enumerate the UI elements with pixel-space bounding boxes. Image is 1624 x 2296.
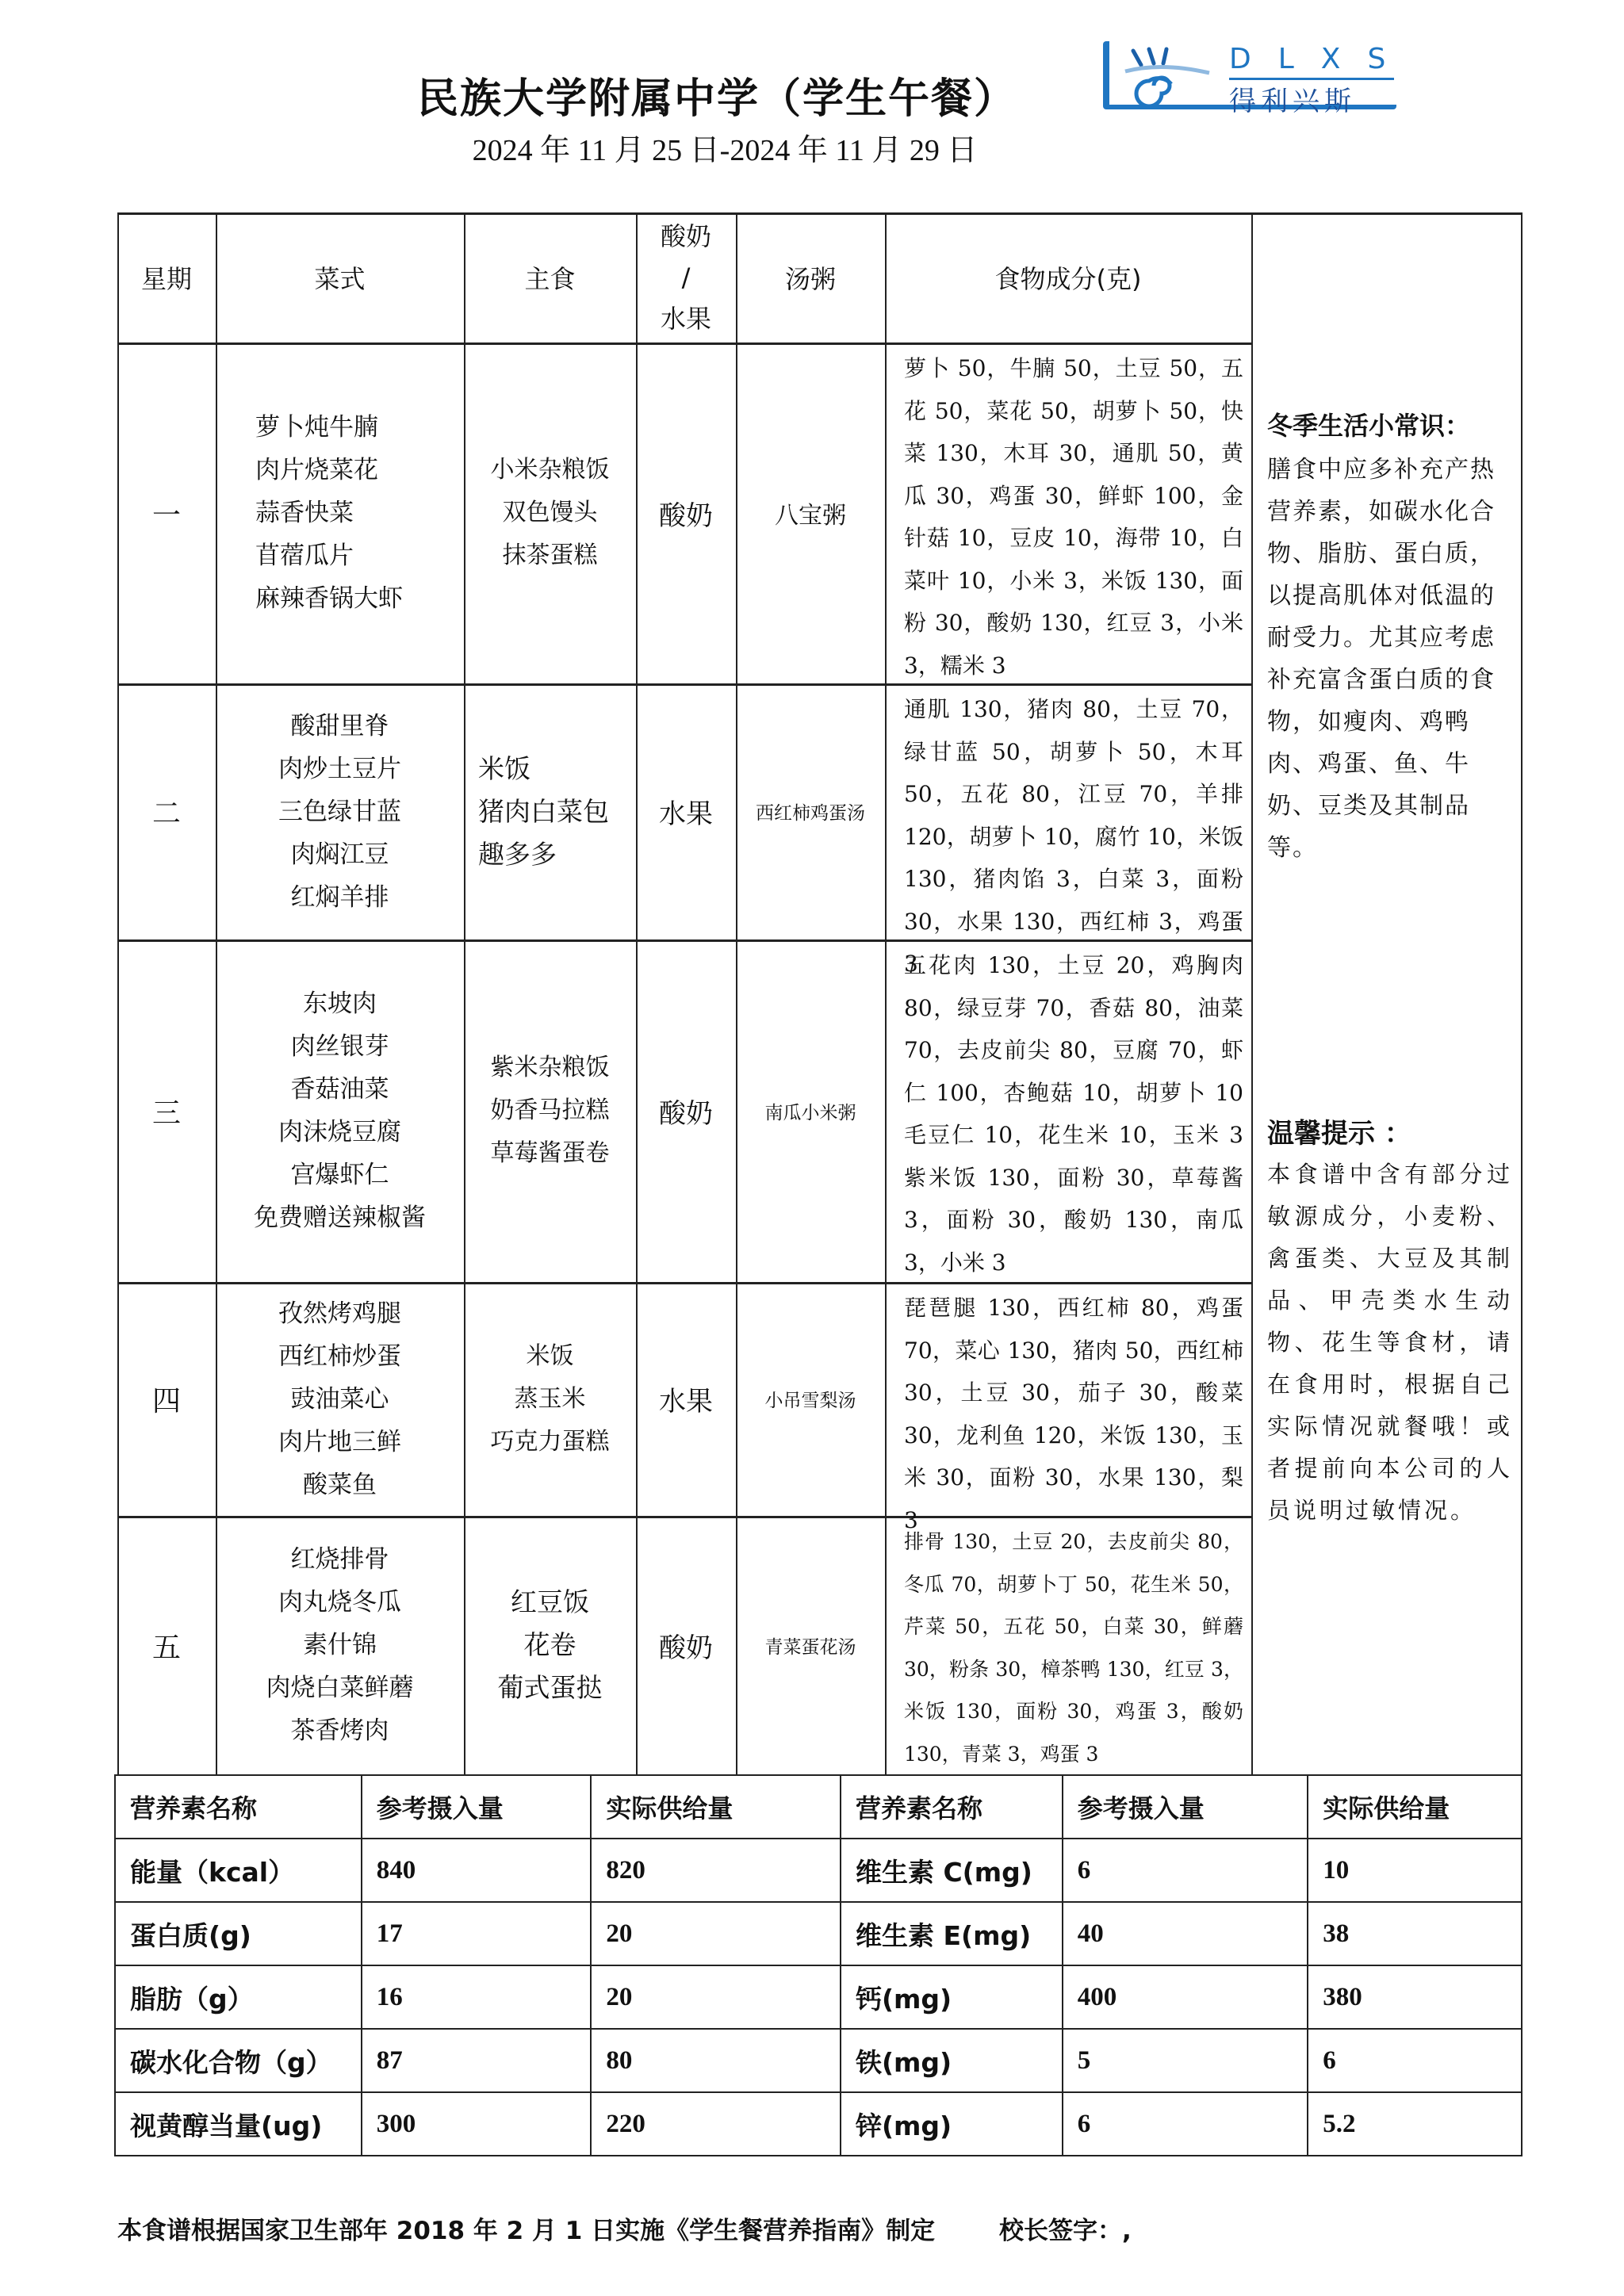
dish-item: 肉片地三鲜 (278, 1421, 401, 1464)
winter-tips-title: 冬季生活小常识： (1267, 406, 1513, 442)
row-day-tue: 二 (117, 683, 216, 939)
dish-item: 孜然烤鸡腿 (278, 1292, 401, 1335)
row-staple-mon: 小米杂粮饭 双色馒头 抹茶蛋糕 (464, 342, 636, 683)
row-dishes-thu: 孜然烤鸡腿 西红柿炒蛋 豉油菜心 肉片地三鲜 酸菜鱼 (216, 1282, 464, 1516)
row-soup-tue: 西红柿鸡蛋汤 (736, 683, 885, 939)
row-ingredients-thu: 琵琶腿 130，西红柿 80，鸡蛋 70，菜心 130，猪肉 50，西红柿 30… (885, 1282, 1251, 1516)
dish-item: 蒜香快菜 (255, 492, 354, 534)
footer-note: 本食谱根据国家卫生部年 2018 年 2 月 1 日实施《学生餐营养指南》制定 … (117, 2210, 1132, 2246)
nutrition-row: 碳水化合物（g） 87 80 铁(mg) 5 6 (115, 2029, 1522, 2092)
dish-item: 三色绿甘蓝 (278, 790, 401, 833)
row-drink-wed: 酸奶 (636, 939, 736, 1282)
date-range: 2024 年 11 月 25 日-2024 年 11 月 29 日 (0, 125, 1624, 169)
dish-item: 东坡肉 (303, 982, 377, 1025)
row-staple-tue: 米饭 猪肉白菜包 趣多多 (464, 683, 636, 939)
col-header-staple: 主食 (464, 212, 636, 342)
dish-item: 苜蓿瓜片 (255, 534, 354, 577)
dish-item: 豉油菜心 (291, 1378, 389, 1421)
row-ingredients-fri: 排骨 130，土豆 20，去皮前尖 80，冬瓜 70，胡萝卜丁 50，花生米 5… (885, 1516, 1251, 1774)
principal-signature-label: 校长签字：, (999, 2217, 1132, 2245)
eye-swirl-icon (1122, 44, 1217, 105)
logo-latin-text: DLXS (1229, 43, 1412, 75)
dish-item: 肉炒土豆片 (278, 748, 401, 790)
dish-item: 萝卜炖牛腩 (255, 406, 378, 449)
dish-item: 肉丝银芽 (291, 1025, 389, 1068)
dish-item: 肉沫烧豆腐 (278, 1111, 401, 1154)
dish-item: 红烧排骨 (291, 1538, 389, 1581)
reminder-title: 温馨提示 ： (1267, 1112, 1513, 1150)
nutrition-row: 脂肪（g） 16 20 钙(mg) 400 380 (115, 1965, 1522, 2029)
col-header-drink: 酸奶 / 水果 (636, 212, 736, 342)
col-header-ingredients: 食物成分(克) (885, 212, 1251, 342)
row-day-fri: 五 (117, 1516, 216, 1774)
nutrition-row: 视黄醇当量(ug) 300 220 锌(mg) 6 5.2 (115, 2092, 1522, 2156)
row-soup-wed: 南瓜小米粥 (736, 939, 885, 1282)
row-soup-fri: 青菜蛋花汤 (736, 1516, 885, 1774)
col-header-day: 星期 (117, 212, 216, 342)
row-soup-thu: 小吊雪梨汤 (736, 1282, 885, 1516)
row-staple-fri: 红豆饭 花卷 葡式蛋挞 (464, 1516, 636, 1774)
dish-item: 肉片烧菜花 (255, 449, 378, 492)
dish-item: 肉烧白菜鲜蘑 (266, 1667, 414, 1709)
row-dishes-tue: 酸甜里脊 肉炒土豆片 三色绿甘蓝 肉焖江豆 红焖羊排 (216, 683, 464, 939)
dish-item: 西红柿炒蛋 (278, 1335, 401, 1378)
dish-item: 香菇油菜 (291, 1068, 389, 1111)
guideline-basis: 本食谱根据国家卫生部年 2018 年 2 月 1 日实施《学生餐营养指南》制定 (117, 2217, 935, 2245)
nutrition-row: 蛋白质(g) 17 20 维生素 E(mg) 40 38 (115, 1902, 1522, 1965)
company-logo: DLXS 得利兴斯 (1098, 38, 1404, 111)
col-header-dishes: 菜式 (216, 212, 464, 342)
row-ingredients-tue: 通肌 130，猪肉 80，土豆 70，绿甘蓝 50，胡萝卜 50，木耳 50，五… (885, 683, 1251, 939)
nutrition-table: 营养素名称 参考摄入量 实际供给量 营养素名称 参考摄入量 实际供给量 能量（k… (114, 1774, 1522, 2156)
row-ingredients-wed: 五花肉 130，土豆 20，鸡胸肉 80，绿豆芽 70，香菇 80，油菜 70，… (885, 939, 1251, 1282)
dish-item: 肉丸烧冬瓜 (278, 1581, 401, 1624)
row-drink-thu: 水果 (636, 1282, 736, 1516)
dish-item: 肉焖江豆 (291, 833, 389, 876)
row-day-thu: 四 (117, 1282, 216, 1516)
row-staple-thu: 米饭 蒸玉米 巧克力蛋糕 (464, 1282, 636, 1516)
dish-item: 茶香烤肉 (291, 1709, 389, 1752)
row-drink-tue: 水果 (636, 683, 736, 939)
nutrition-header-row: 营养素名称 参考摄入量 实际供给量 营养素名称 参考摄入量 实际供给量 (115, 1775, 1522, 1839)
row-drink-fri: 酸奶 (636, 1516, 736, 1774)
dish-item: 素什锦 (303, 1624, 377, 1667)
row-soup-mon: 八宝粥 (736, 342, 885, 683)
row-day-mon: 一 (117, 342, 216, 683)
row-drink-mon: 酸奶 (636, 342, 736, 683)
allergy-reminder: 温馨提示 ： 本食谱中含有部分过敏源成分，小麦粉、禽蛋类、大豆及其制品、甲壳类水… (1267, 1112, 1513, 1532)
dish-item: 宫爆虾仁 (291, 1154, 389, 1196)
winter-tips-body: 膳食中应多补充产热营养素，如碳水化合物、脂肪、蛋白质，以提高肌体对低温的耐受力。… (1267, 449, 1513, 869)
col-header-soup: 汤粥 (736, 212, 885, 342)
dish-item: 酸甜里脊 (291, 705, 389, 748)
dish-item: 红焖羊排 (291, 876, 389, 919)
logo-chinese-text: 得利兴斯 (1229, 79, 1356, 118)
row-dishes-wed: 东坡肉 肉丝银芽 香菇油菜 肉沫烧豆腐 宫爆虾仁 免费赠送辣椒酱 (216, 939, 464, 1282)
winter-tips: 冬季生活小常识： 膳食中应多补充产热营养素，如碳水化合物、脂肪、蛋白质，以提高肌… (1267, 406, 1513, 869)
row-dishes-mon: 萝卜炖牛腩 肉片烧菜花 蒜香快菜 苜蓿瓜片 麻辣香锅大虾 (216, 342, 464, 683)
dish-item: 麻辣香锅大虾 (255, 577, 403, 620)
row-dishes-fri: 红烧排骨 肉丸烧冬瓜 素什锦 肉烧白菜鲜蘑 茶香烤肉 (216, 1516, 464, 1774)
row-day-wed: 三 (117, 939, 216, 1282)
row-ingredients-mon: 萝卜 50，牛腩 50，土豆 50，五花 50，菜花 50，胡萝卜 50，快菜 … (885, 342, 1251, 683)
row-staple-wed: 紫米杂粮饭 奶香马拉糕 草莓酱蛋卷 (464, 939, 636, 1282)
nutrition-row: 能量（kcal） 840 820 维生素 C(mg) 6 10 (115, 1839, 1522, 1902)
reminder-body: 本食谱中含有部分过敏源成分，小麦粉、禽蛋类、大豆及其制品、甲壳类水生动物、花生等… (1267, 1154, 1513, 1532)
dish-item: 酸菜鱼 (303, 1464, 377, 1506)
dish-item: 免费赠送辣椒酱 (254, 1196, 426, 1239)
